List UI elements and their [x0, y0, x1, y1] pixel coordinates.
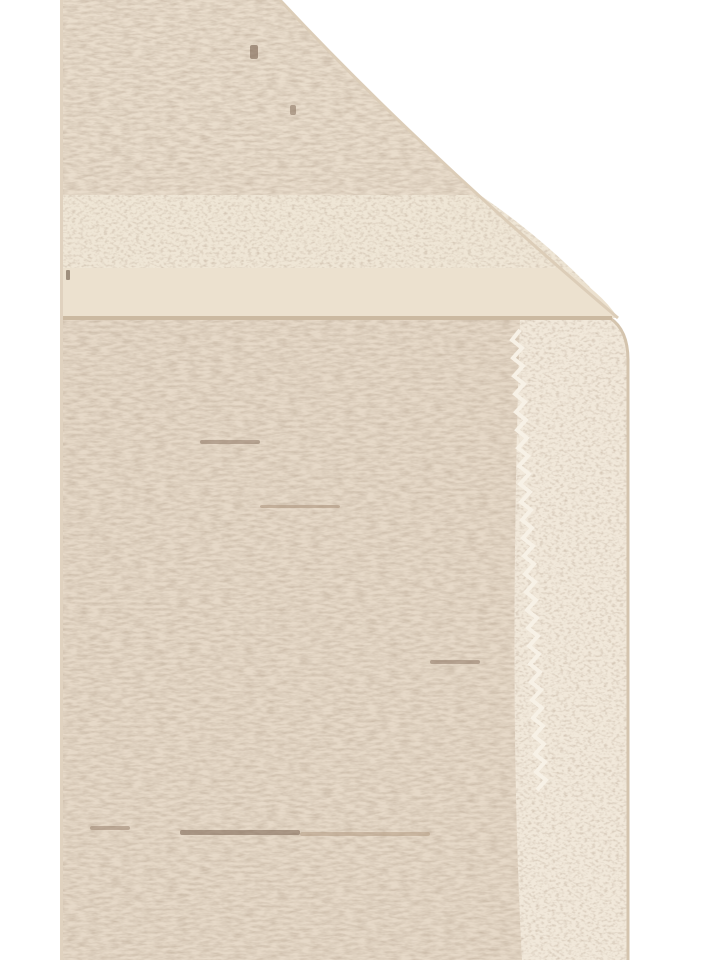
rug-illustration [0, 0, 720, 960]
rug-left-edge [60, 0, 63, 960]
rug-body [62, 318, 628, 960]
rug-folded-corner [62, 0, 618, 318]
rug-photo: Close-up product photo of a cream and be… [0, 0, 720, 960]
